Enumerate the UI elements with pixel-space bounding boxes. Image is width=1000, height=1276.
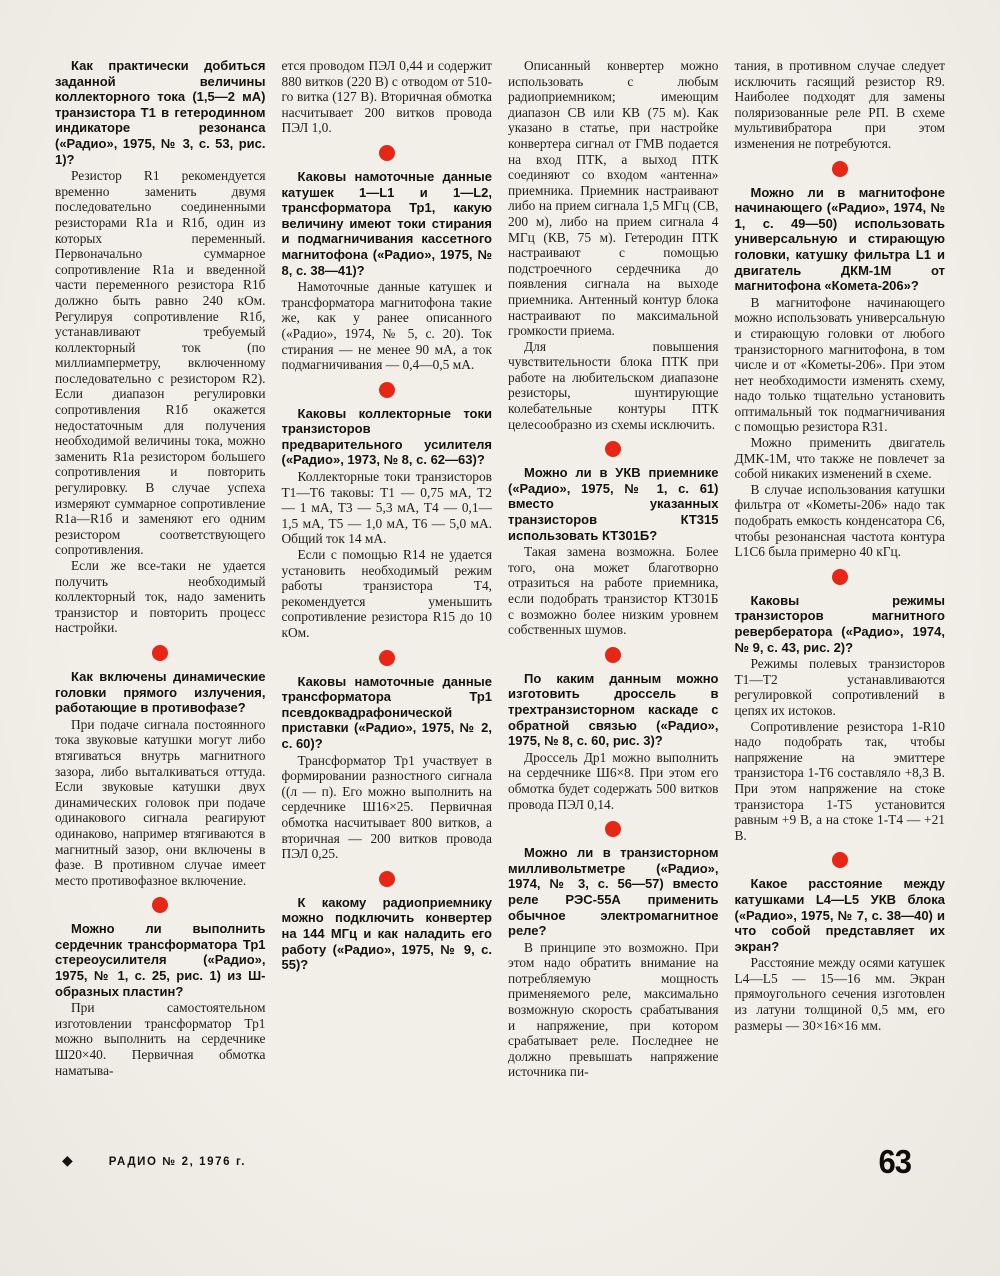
section-separator-dot [832, 569, 848, 585]
journal-issue-label: РАДИО № 2, 1976 г. [109, 1156, 246, 1168]
answer-continuation-paragraph: ется проводом ПЭЛ 0,44 и содержит 880 ви… [282, 58, 493, 136]
question-heading: Какое расстояние между катушками L4—L5 У… [735, 876, 946, 954]
answer-paragraph: В случае использования катушки фильтра о… [735, 482, 946, 560]
page-number: 63 [879, 1143, 911, 1182]
answer-paragraph: В принципе это возможно. При этом надо о… [508, 940, 719, 1080]
column-1: Как практически добиться заданной величи… [55, 58, 266, 1080]
section-separator-dot [832, 161, 848, 177]
question-heading: Можно ли в транзисторном милливольтметре… [508, 845, 719, 939]
section-separator-dot [605, 647, 621, 663]
section-separator-dot [605, 821, 621, 837]
section-separator-dot [379, 382, 395, 398]
column-2: ется проводом ПЭЛ 0,44 и содержит 880 ви… [282, 58, 493, 1080]
question-heading: Как включены динамические головки прямог… [55, 669, 266, 716]
question-heading: Каковы намоточные данные трансформатора … [282, 674, 493, 752]
answer-continuation-paragraph: тания, в противном случае следует исключ… [735, 58, 946, 152]
answer-paragraph: Сопротивление резистора 1-R10 надо подоб… [735, 719, 946, 844]
question-heading: По каким данным можно изготовить дроссел… [508, 671, 719, 749]
answer-paragraph: Расстояние между осями катушек L4—L5 — 1… [735, 955, 946, 1033]
section-separator-dot [605, 441, 621, 457]
diamond-icon: ◆ [62, 1155, 73, 1169]
answer-paragraph: Дроссель Др1 можно выполнить на сердечни… [508, 750, 719, 812]
answer-paragraph: В магнитофоне начинающего можно использо… [735, 295, 946, 435]
page-footer: ◆ РАДИО № 2, 1976 г. 63 [62, 1142, 911, 1182]
section-separator-dot [832, 852, 848, 868]
magazine-page: Как практически добиться заданной величи… [0, 0, 1000, 1276]
question-heading: Каковы режимы транзисторов магнитного ре… [735, 593, 946, 655]
answer-paragraph: Такая замена возможна. Более того, она м… [508, 544, 719, 638]
question-heading: Можно ли в магнитофоне начинающего («Рад… [735, 185, 946, 294]
answer-paragraph: При самостоятельном изготовлении трансфо… [55, 1000, 266, 1078]
answer-paragraph: Описанный конвертер можно использовать с… [508, 58, 719, 339]
answer-paragraph: Можно применить двигатель ДМК-1М, что та… [735, 435, 946, 482]
answer-paragraph: Если с помощью R14 не удается установить… [282, 547, 493, 641]
question-heading: К какому радиоприемнику можно подключить… [282, 895, 493, 973]
answer-paragraph: Трансформатор Тр1 участвует в формирован… [282, 753, 493, 862]
section-separator-dot [152, 645, 168, 661]
answer-paragraph: Для повышения чувствительности блока ПТК… [508, 339, 719, 433]
answer-paragraph: Если же все-таки не удается получить нео… [55, 558, 266, 636]
question-heading: Как практически добиться заданной величи… [55, 58, 266, 167]
question-heading: Каковы коллекторные токи транзисторов пр… [282, 406, 493, 468]
answer-paragraph: Режимы полевых транзисторов Т1—Т2 устана… [735, 656, 946, 718]
section-separator-dot [379, 650, 395, 666]
column-3: Описанный конвертер можно использовать с… [508, 58, 719, 1080]
section-separator-dot [379, 871, 395, 887]
answer-paragraph: Резистор R1 рекомендуется временно замен… [55, 168, 266, 558]
text-columns: Как практически добиться заданной величи… [55, 58, 945, 1080]
question-heading: Можно ли выполнить сердечник трансформат… [55, 921, 266, 999]
column-4: тания, в противном случае следует исключ… [735, 58, 946, 1080]
answer-paragraph: Намоточные данные катушек и трансформато… [282, 279, 493, 373]
section-separator-dot [152, 897, 168, 913]
answer-paragraph: Коллекторные токи транзисторов Т1—Т6 так… [282, 469, 493, 547]
section-separator-dot [379, 145, 395, 161]
question-heading: Каковы намоточные данные катушек 1—L1 и … [282, 169, 493, 278]
answer-paragraph: При подаче сигнала постоянного тока звук… [55, 717, 266, 889]
question-heading: Можно ли в УКВ приемнике («Радио», 1975,… [508, 465, 719, 543]
